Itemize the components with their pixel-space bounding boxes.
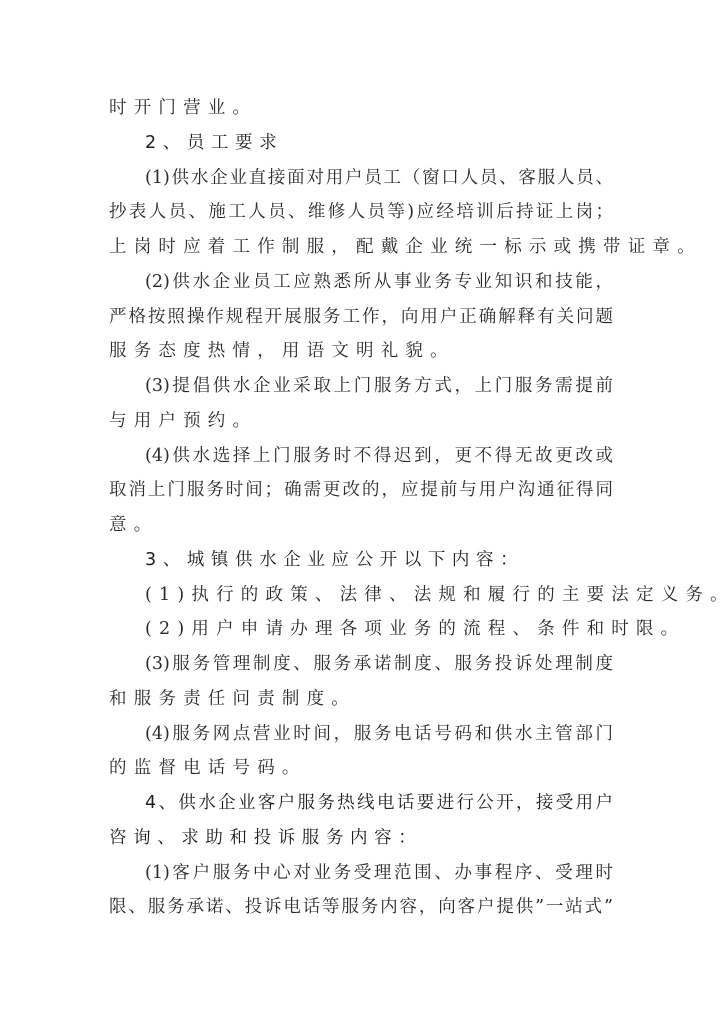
text-line: (1)执行的政策、法律、法规和履行的主要法定义务。: [109, 578, 613, 613]
text-line: (1)供水企业直接面对用户员工（窗口人员、客服人员、: [109, 161, 613, 196]
text-line: (4)供水选择上门服务时不得迟到，更不得无故更改或: [109, 439, 613, 474]
text-line: 的监督电话号码。: [109, 751, 613, 786]
text-line: 严格按照操作规程开展服务工作，向用户正确解释有关问题: [109, 300, 613, 335]
text-line: (1)客户服务中心对业务受理范围、办事程序、受理时: [109, 856, 613, 891]
text-line: 意。: [109, 508, 613, 543]
section-heading-hotline-cont: 咨询、求助和投诉服务内容：: [109, 821, 613, 856]
text-line: 取消上门服务时间；确需更改的，应提前与用户沟通征得同: [109, 473, 613, 508]
section-heading-disclosure: 3、城镇供水企业应公开以下内容：: [109, 543, 613, 578]
text-line: (3)提倡供水企业采取上门服务方式，上门服务需提前: [109, 369, 613, 404]
text-line: 限、服务承诺、投诉电话等服务内容，向客户提供”一站式”: [109, 890, 613, 925]
document-page: 时开门营业。 2、员工要求 (1)供水企业直接面对用户员工（窗口人员、客服人员、…: [109, 91, 613, 925]
section-heading-hotline: 4、供水企业客户服务热线电话要进行公开，接受用户: [109, 786, 613, 821]
text-line: 时开门营业。: [109, 91, 613, 126]
text-line: 与用户预约。: [109, 404, 613, 439]
text-line: 上岗时应着工作制服，配戴企业统一标示或携带证章。: [109, 230, 613, 265]
text-line: (2)供水企业员工应熟悉所从事业务专业知识和技能，: [109, 265, 613, 300]
section-heading-staff-requirements: 2、员工要求: [109, 126, 613, 161]
text-line: (2)用户申请办理各项业务的流程、条件和时限。: [109, 612, 613, 647]
text-line: 和服务责任问责制度。: [109, 682, 613, 717]
text-line: 抄表人员、施工人员、维修人员等)应经培训后持证上岗；: [109, 195, 613, 230]
text-line: 服务态度热情，用语文明礼貌。: [109, 334, 613, 369]
text-line: (4)服务网点营业时间，服务电话号码和供水主管部门: [109, 717, 613, 752]
text-line: (3)服务管理制度、服务承诺制度、服务投诉处理制度: [109, 647, 613, 682]
